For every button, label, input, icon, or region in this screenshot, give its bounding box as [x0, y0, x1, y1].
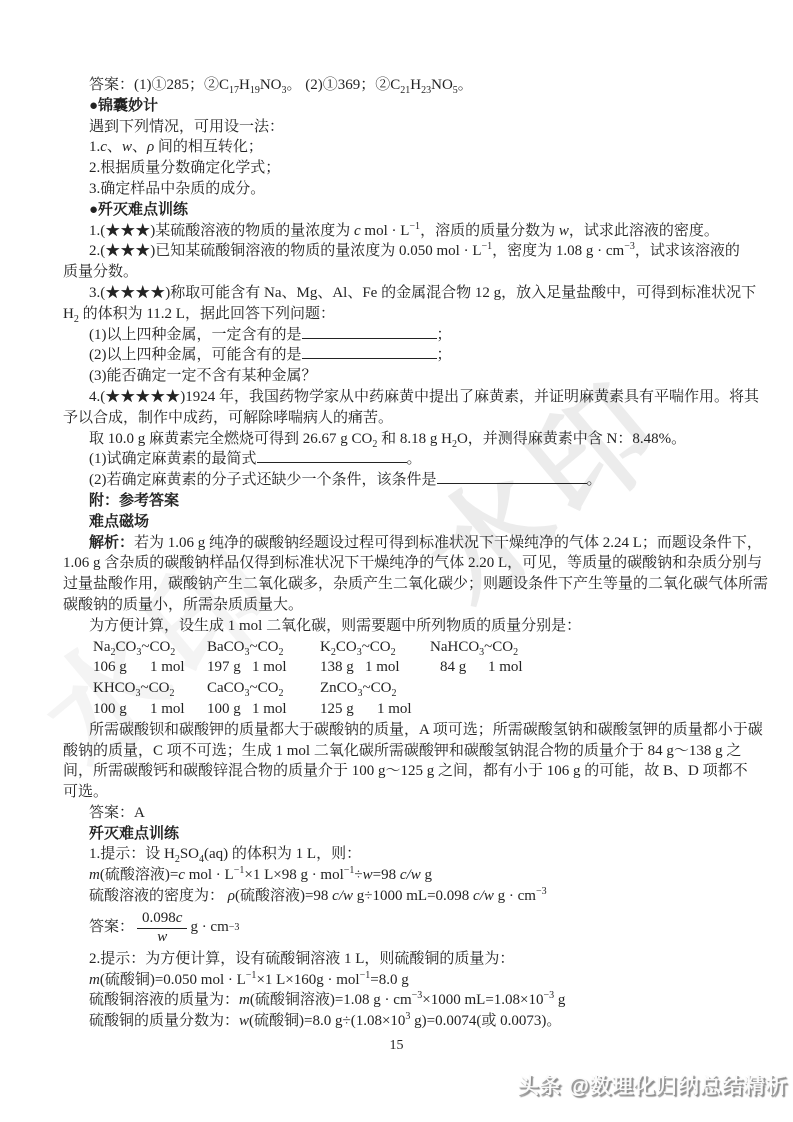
q2-line2: 质量分数。 — [63, 262, 733, 283]
t1-hint: 1.提示：设 H2SO4(aq) 的体积为 1 L，则： — [63, 844, 733, 865]
discussion-line4: 可选。 — [63, 782, 733, 803]
document-page: 水印 水印 答案：(1)①285；②C17H19NO3。 (2)①369；②C2… — [0, 0, 793, 1122]
table-cell: 1 mol — [252, 699, 287, 720]
table-cell: 1 mol — [252, 657, 287, 678]
table-cell: 197 g — [207, 657, 241, 678]
table-row-1: Na2CO3~CO2BaCO3~CO2K2CO3~CO2NaHCO3~CO2 — [63, 637, 733, 658]
t1-formula1: m(硫酸溶液)=c mol · L−1×1 L×98 g · mol−1÷w=9… — [63, 865, 733, 886]
table-cell: ZnCO3~CO2 — [320, 678, 396, 699]
q4-line1: 4.(★★★★★)1924 年，我国药物学家从中药麻黄中提出了麻黄素，并证明麻黄… — [63, 387, 733, 408]
analysis-line3: 过量盐酸作用，碳酸钠产生二氧化碳多，杂质产生二氧化碳少；则题设条件下产生等量的二… — [63, 574, 733, 595]
q3-line1: 3.(★★★★)称取可能含有 Na、Mg、Al、Fe 的金属混合物 12 g，放… — [63, 283, 733, 304]
answers-heading: 附：参考答案 — [63, 491, 733, 512]
q1: 1.(★★★)某硫酸溶液的物质的量浓度为 c mol · L−1，溶质的质量分数… — [63, 221, 733, 242]
q4-line2: 予以合成，制作中成药，可解除哮喘病人的痛苦。 — [63, 408, 733, 429]
table-cell: NaHCO3~CO2 — [430, 637, 518, 658]
table-row-4: 100 g1 mol100 g1 mol125 g1 mol — [63, 699, 733, 720]
table-cell: CaCO3~CO2 — [207, 678, 283, 699]
table-cell: 1 mol — [488, 657, 523, 678]
tips-intro: 遇到下列情况，可用设一法： — [63, 117, 733, 138]
table-cell: 1 mol — [150, 699, 185, 720]
t2-hint: 2.提示：为方便计算，设有硫酸铜溶液 1 L，则硫酸铜的质量为： — [63, 949, 733, 970]
t1-answer: 答案：0.098cw g · cm−3 — [63, 907, 733, 949]
training-answers-heading: 歼灭难点训练 — [63, 824, 733, 845]
t2-formula1: m(硫酸铜)=0.050 mol · L−1×1 L×160g · mol−1=… — [63, 970, 733, 991]
analysis-line2: 1.06 g 含杂质的碳酸钠样品仅得到标准状况下干燥纯净的气体 2.20 L，可… — [63, 553, 733, 574]
table-cell: 84 g — [440, 657, 466, 678]
analysis-line1: 解析：若为 1.06 g 纯净的碳酸钠经题设过程可得到标准状况下干燥纯净的气体 … — [63, 533, 733, 554]
answer-line-top: 答案：(1)①285；②C17H19NO3。 (2)①369；②C21H23NO… — [63, 75, 733, 96]
analysis-line4: 碳酸钠的质量小，所需杂质质量大。 — [63, 595, 733, 616]
t2-formula3: 硫酸铜的质量分数为：w(硫酸铜)=8.0 g÷(1.08×103 g)=0.00… — [63, 1011, 733, 1032]
fraction: 0.098cw — [137, 910, 187, 946]
magnet-heading: 难点磁场 — [63, 512, 733, 533]
table-cell: 1 mol — [377, 699, 412, 720]
table-cell: KHCO3~CO2 — [93, 678, 174, 699]
table-cell: 100 g — [207, 699, 241, 720]
discussion-line2: 酸钠的质量，C 项不可选；生成 1 mol 二氧化碳所需碳酸钾和碳酸氢钠混合物的… — [63, 741, 733, 762]
q3-sub1: (1)以上四种金属，一定含有的是； — [63, 325, 733, 346]
q3-sub3: (3)能否确定一定不含有某种金属？ — [63, 366, 733, 387]
tips-item-1: 1.c、w、ρ 间的相互转化； — [63, 137, 733, 158]
table-cell: 1 mol — [365, 657, 400, 678]
answer-blank — [437, 470, 587, 484]
tips-item-2: 2.根据质量分数确定化学式； — [63, 158, 733, 179]
tips-item-3: 3.确定样品中杂质的成分。 — [63, 179, 733, 200]
discussion-line3: 间，所需碳酸钙和碳酸锌混合物的质量介于 100 g～125 g 之间，都有小于 … — [63, 761, 733, 782]
table-cell: 125 g — [320, 699, 354, 720]
section-tips-heading: ●锦囊妙计 — [63, 96, 733, 117]
footer-watermark: 头条 @数理化归纳总结精析 — [518, 1070, 788, 1100]
table-cell: 100 g — [93, 699, 127, 720]
answer-blank — [302, 345, 437, 359]
t1-formula2: 硫酸溶液的密度为： ρ(硫酸溶液)=98 c/w g÷1000 mL=0.098… — [63, 886, 733, 907]
table-cell: Na2CO3~CO2 — [93, 637, 175, 658]
table-row-2: 106 g1 mol197 g1 mol138 g1 mol84 g1 mol — [63, 657, 733, 678]
table-cell: 1 mol — [150, 657, 185, 678]
answer-blank — [257, 449, 407, 463]
table-cell: K2CO3~CO2 — [320, 637, 396, 658]
doc-content: 答案：(1)①285；②C17H19NO3。 (2)①369；②C21H23NO… — [63, 75, 733, 1032]
section-training-heading: ●歼灭难点训练 — [63, 200, 733, 221]
t2-formula2: 硫酸铜溶液的质量为：m(硫酸铜溶液)=1.08 g · cm−3×1000 mL… — [63, 990, 733, 1011]
q3-sub2: (2)以上四种金属，可能含有的是； — [63, 345, 733, 366]
answer-blank — [302, 325, 437, 339]
table-cell: BaCO3~CO2 — [207, 637, 283, 658]
analysis-line5: 为方便计算，设生成 1 mol 二氧化碳，则需要题中所列物质的质量分别是： — [63, 616, 733, 637]
q4-sub1: (1)试确定麻黄素的最简式。 — [63, 449, 733, 470]
table-row-3: KHCO3~CO2CaCO3~CO2ZnCO3~CO2 — [63, 678, 733, 699]
magnet-answer: 答案：A — [63, 803, 733, 824]
q2-line1: 2.(★★★)已知某硫酸铜溶液的物质的量浓度为 0.050 mol · L−1，… — [63, 241, 733, 262]
q4-sub2: (2)若确定麻黄素的分子式还缺少一个条件，该条件是。 — [63, 470, 733, 491]
discussion-line1: 所需碳酸钡和碳酸钾的质量都大于碳酸钠的质量，A 项可选；所需碳酸氢钠和碳酸氢钾的… — [63, 720, 733, 741]
table-cell: 106 g — [93, 657, 127, 678]
q3-line2: H2 的体积为 11.2 L，据此回答下列问题： — [63, 304, 733, 325]
q4-line3: 取 10.0 g 麻黄素完全燃烧可得到 26.67 g CO2 和 8.18 g… — [63, 429, 733, 450]
table-cell: 138 g — [320, 657, 354, 678]
page-number: 15 — [0, 1038, 793, 1054]
